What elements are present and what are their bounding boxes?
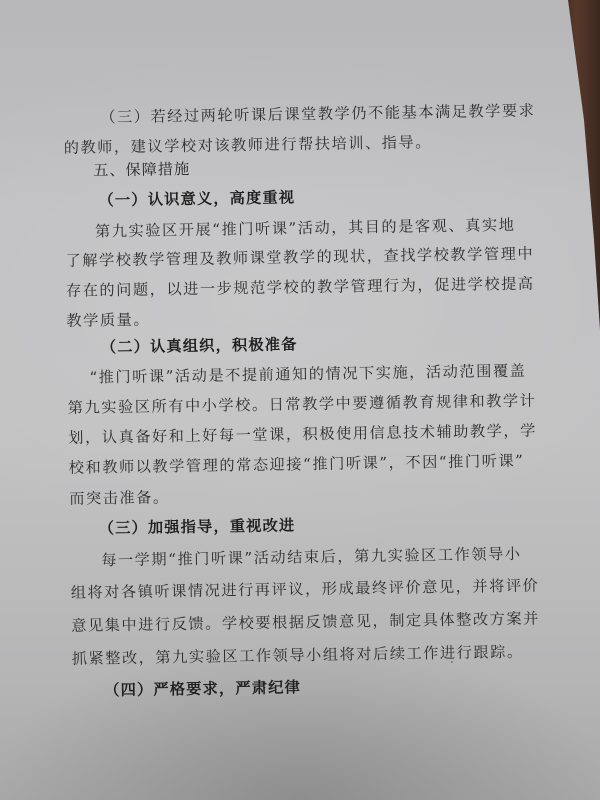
document-text: （三）若经过两轮听课后课堂教学仍不能基本满足教学要求 的教师，建议学校对该教师进…	[0, 0, 600, 800]
subsection-title: （二）认真组织，积极准备	[101, 334, 298, 357]
paragraph-line: 存在的问题，以进一步规范学校的教学管理行为，促进学校提高	[66, 274, 535, 301]
paragraph-line: 意见集中进行反馈。学校要根据反馈意见，制定具体整改方案并	[71, 609, 540, 636]
paragraph-line: 抓紧整改，第九实验区工作领导小组将对后续工作进行跟踪。	[72, 642, 524, 669]
paragraph-line: “推门听课”活动是不提前通知的情况下实施，活动范围覆盖	[89, 361, 526, 388]
paragraph-line: （三）若经过两轮听课后课堂教学仍不能基本满足教学要求	[100, 101, 535, 128]
paper-speck	[451, 661, 453, 663]
paragraph-line: 了解学校教学管理及教师课堂教学的现状，查找学校教学管理中	[65, 244, 534, 271]
paragraph-line: 第九实验区所有中小学校。日常教学中要遵循教育规律和教学计	[68, 391, 537, 418]
subsection-title: （三）加强指导，重视改进	[99, 515, 296, 538]
paragraph-line: 教学质量。	[66, 310, 150, 331]
paper-sheet: （三）若经过两轮听课后课堂教学仍不能基本满足教学要求 的教师，建议学校对该教师进…	[0, 0, 600, 800]
paragraph-line: 校和教师以教学管理的常态迎接“推门听课”，不因“推门听课”	[69, 451, 525, 478]
paragraph-line: 每一学期“推门听课”活动结束后，第九实验区工作领导小	[101, 544, 522, 571]
section-title: 五、保障措施	[93, 159, 190, 181]
paragraph-line: 第九实验区开展“推门听课”活动，其目的是客观、真实地	[95, 215, 516, 242]
paragraph-line: 划，认真备好和上好每一堂课，积极使用信息技术辅助教学，学	[68, 421, 537, 448]
paragraph-line: 而突击准备。	[69, 487, 170, 509]
paragraph-line: 组将对各镇听课情况进行再评议，形成最终评价意见，并将评价	[71, 576, 540, 603]
subsection-title: （一）认识意义，高度重视	[98, 187, 295, 210]
paragraph-line: 的教师，建议学校对该教师进行帮扶培训、指导。	[64, 132, 433, 158]
subsection-title: （四）严格要求，严肃纪律	[104, 677, 301, 700]
